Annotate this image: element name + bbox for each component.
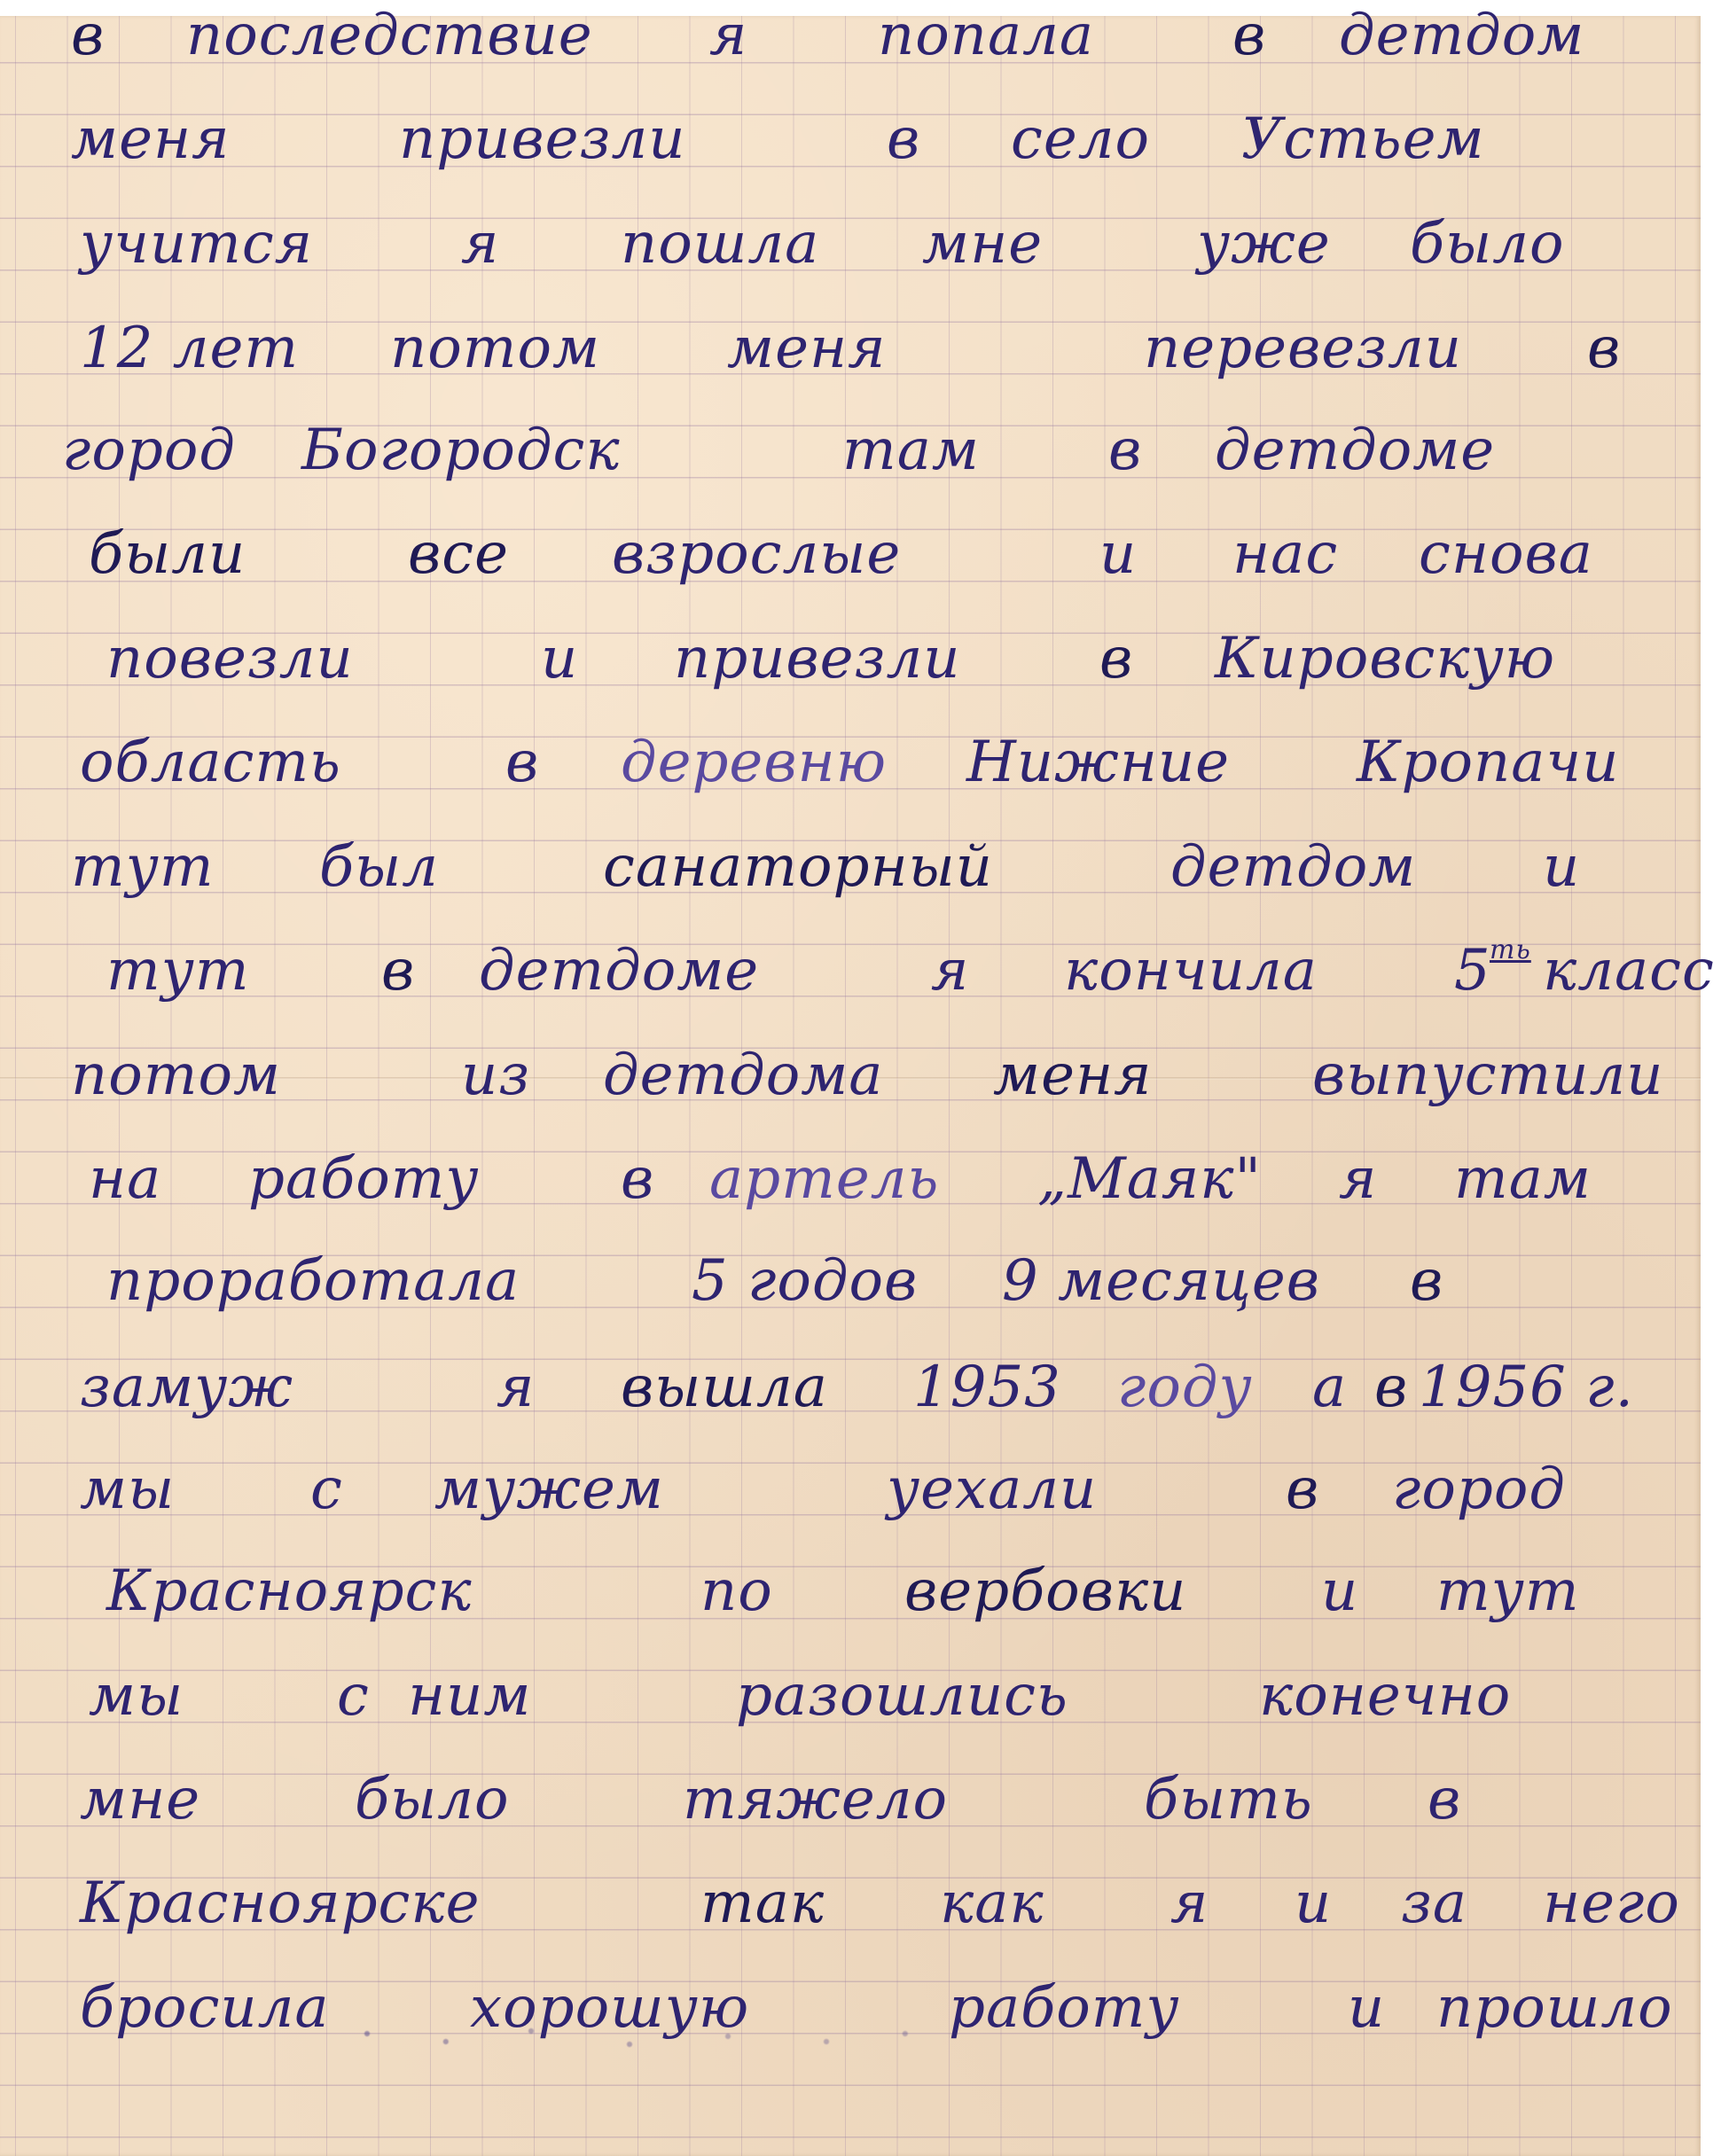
- word: мне: [80, 1771, 200, 1828]
- word: область: [80, 734, 341, 791]
- word: Красноярск: [106, 1563, 473, 1620]
- text-line-17: мы с ним разошлись конечно: [0, 1629, 1701, 1733]
- word: 9 месяцев: [1002, 1253, 1320, 1309]
- word: 1953: [913, 1359, 1061, 1416]
- word: были: [89, 526, 246, 582]
- word: за: [1401, 1875, 1467, 1932]
- word: и: [541, 630, 578, 687]
- word: Устьем: [1241, 111, 1485, 168]
- ordinal-suffix: ть: [1490, 937, 1531, 964]
- word: прошло: [1436, 1980, 1673, 2036]
- text-line-15: мы с мужем уехали в город: [0, 1423, 1701, 1527]
- text-line-2: меня привезли в село Устьем: [0, 73, 1701, 176]
- word: детдоме: [1215, 422, 1495, 479]
- word: мужем: [434, 1461, 664, 1518]
- word: конечно: [1259, 1668, 1511, 1724]
- word: разошлись: [736, 1668, 1068, 1724]
- word: в: [1232, 7, 1266, 64]
- word: село: [1011, 111, 1150, 168]
- word: и: [1321, 1563, 1358, 1620]
- word: меня: [993, 1047, 1152, 1104]
- word: детдом: [1170, 839, 1416, 895]
- word: с: [337, 1668, 370, 1724]
- word: артель: [709, 1151, 939, 1207]
- word: в: [381, 942, 415, 999]
- word: в: [1108, 422, 1142, 479]
- word: мы: [89, 1668, 184, 1724]
- word: мы: [80, 1461, 175, 1518]
- word: санаторный: [603, 839, 993, 895]
- word: меня: [71, 111, 230, 168]
- word: учится: [80, 215, 313, 272]
- word: в: [1286, 1461, 1319, 1518]
- text-line-7: повезли и привезли в Кировскую: [0, 592, 1701, 696]
- word: было: [355, 1771, 509, 1828]
- word: вышла: [621, 1359, 828, 1416]
- word: работу: [949, 1980, 1180, 2036]
- word: и: [1099, 526, 1137, 582]
- word: работу: [248, 1151, 480, 1207]
- word: Кировскую: [1215, 630, 1555, 687]
- word: класс: [1543, 942, 1715, 999]
- word: я: [461, 215, 499, 272]
- word: потом: [390, 320, 600, 377]
- word: выпустили: [1312, 1047, 1663, 1104]
- word: него: [1543, 1875, 1680, 1932]
- word: Нижние: [966, 734, 1230, 791]
- word: проработала: [106, 1253, 520, 1309]
- word: тут: [1436, 1563, 1580, 1620]
- word: в: [1374, 1359, 1408, 1416]
- word: нас: [1232, 526, 1338, 582]
- ink-smudge-marks: [301, 2012, 958, 2066]
- word: вербовки: [904, 1563, 1186, 1620]
- word: году: [1117, 1359, 1253, 1416]
- text-line-5: город Богородск там в детдоме: [0, 384, 1701, 488]
- word: а: [1312, 1359, 1347, 1416]
- word: 5: [1454, 942, 1491, 999]
- text-line-8: область в деревню Нижние Кропачи: [0, 696, 1701, 800]
- word: я: [497, 1359, 535, 1416]
- word: так: [700, 1875, 825, 1932]
- word: ним: [408, 1668, 531, 1724]
- text-line-10: тут в детдоме я кончила 5 ть класс: [0, 904, 1701, 1008]
- word: и: [1543, 839, 1580, 895]
- word: кончила: [1064, 942, 1318, 999]
- word: тут: [106, 942, 250, 999]
- word: в: [1099, 630, 1133, 687]
- word: попала: [878, 7, 1094, 64]
- word: „Маяк": [1037, 1151, 1262, 1207]
- text-line-3: учится я пошла мне уже было: [0, 177, 1701, 281]
- word: в: [1410, 1253, 1443, 1309]
- word: я: [1339, 1151, 1377, 1207]
- word: пошла: [621, 215, 819, 272]
- word: в: [1587, 320, 1621, 377]
- word: там: [842, 422, 980, 479]
- word: замуж: [80, 1359, 293, 1416]
- word: тут: [71, 839, 215, 895]
- word: 1956 г.: [1419, 1359, 1634, 1416]
- word: с: [310, 1461, 343, 1518]
- word: тяжело: [683, 1771, 948, 1828]
- word: снова: [1419, 526, 1593, 582]
- text-line-19: Красноярске так как я и за него: [0, 1837, 1701, 1941]
- word: и: [1348, 1980, 1385, 2036]
- text-line-12: на работу в артель „Маяк" я там: [0, 1113, 1701, 1216]
- word: все: [408, 526, 509, 582]
- word: детдоме: [479, 942, 759, 999]
- word: я: [709, 7, 747, 64]
- word: и: [1295, 1875, 1332, 1932]
- word: по: [700, 1563, 773, 1620]
- text-line-6: были все взрослые и нас снова: [0, 488, 1701, 591]
- text-line-1: в последствие я попала в детдом: [0, 0, 1701, 73]
- word: в: [887, 111, 920, 168]
- word: деревню: [621, 734, 887, 791]
- word: я: [1170, 1875, 1209, 1932]
- word: Кропачи: [1357, 734, 1619, 791]
- word: 12 лет: [80, 320, 299, 377]
- word: как: [940, 1875, 1044, 1932]
- text-line-16: Красноярск по вербовки и тут: [0, 1525, 1701, 1629]
- word: привезли: [674, 630, 960, 687]
- word: был: [319, 839, 439, 895]
- word: уехали: [887, 1461, 1097, 1518]
- text-line-11: потом из детдома меня выпустили: [0, 1009, 1701, 1113]
- text-line-13: проработала 5 годов 9 месяцев в: [0, 1215, 1701, 1318]
- word: меня: [727, 320, 886, 377]
- text-line-9: тут был санаторный детдом и: [0, 801, 1701, 904]
- word: было: [1410, 215, 1564, 272]
- text-line-4: 12 лет потом меня перевезли в: [0, 282, 1701, 386]
- word: в: [505, 734, 539, 791]
- word: в: [71, 7, 105, 64]
- word: Красноярске: [80, 1875, 480, 1932]
- word: привезли: [399, 111, 685, 168]
- word: на: [89, 1151, 161, 1207]
- word: детдома: [603, 1047, 883, 1104]
- word: я: [931, 942, 969, 999]
- word: потом: [71, 1047, 281, 1104]
- word: перевезли: [1144, 320, 1462, 377]
- text-line-14: замуж я вышла 1953 году а в 1956 г.: [0, 1321, 1701, 1425]
- word: город: [62, 422, 236, 479]
- word: Богородск: [301, 422, 621, 479]
- word: повезли: [106, 630, 354, 687]
- word: мне: [922, 215, 1043, 272]
- word: последствие: [186, 7, 593, 64]
- word: 5 годов: [692, 1253, 918, 1309]
- word: уже: [1197, 215, 1331, 272]
- word: в: [1428, 1771, 1461, 1828]
- word: в: [621, 1151, 654, 1207]
- word: бросила: [80, 1980, 330, 2036]
- text-line-18: мне было тяжело быть в: [0, 1733, 1701, 1837]
- word: быть: [1144, 1771, 1313, 1828]
- word: город: [1392, 1461, 1566, 1518]
- word: детдом: [1339, 7, 1584, 64]
- word: взрослые: [612, 526, 901, 582]
- word: из: [461, 1047, 530, 1104]
- word: там: [1454, 1151, 1592, 1207]
